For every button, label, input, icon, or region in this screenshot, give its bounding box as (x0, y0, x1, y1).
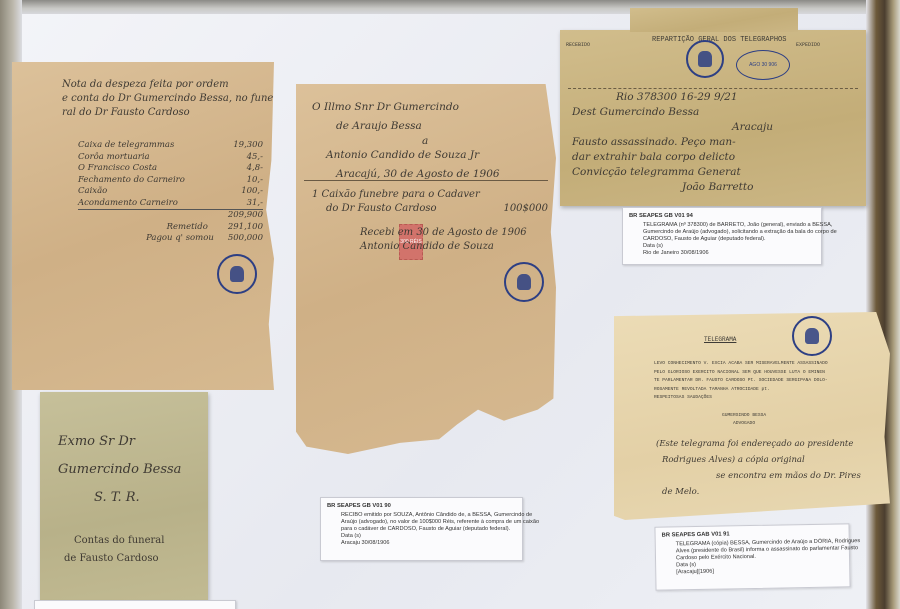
telegram-header-title: REPARTIÇÃO GERAL DOS TELEGRAPHOS (652, 36, 786, 44)
label-line: Gumercindo de Araújo (advogado), solicit… (643, 229, 815, 236)
label-line: Aracaju 30/08/1906 (341, 540, 516, 547)
receipt-signature: Antonio Candido de Souza (360, 240, 527, 254)
label-telegram: BR SEAPES GB V01 94 TELEGRAMA (nº 378300… (622, 207, 822, 265)
receipt-document: O Illmo Snr Dr Gumercindo de Araujo Bess… (296, 84, 556, 454)
telegram-line: Aracaju (572, 120, 773, 135)
official-seal-stamp (504, 262, 544, 302)
handwritten-note-line: de Melo. (656, 484, 861, 500)
label-code: BR SEAPES GB V01 94 (629, 213, 815, 220)
telegram-line: dar extrahir bala corpo delicto (572, 150, 773, 165)
typed-telegram-line: ROSAMENTE REVOLTADA TAMANHA ATROCIDADE p… (654, 386, 828, 395)
expense-remitted: Remetido291,100 (78, 222, 263, 234)
telegram-form-document: RECEBIDO REPARTIÇÃO GERAL DOS TELEGRAPHO… (560, 30, 866, 206)
expense-item: Corôa mortuaria45,- (78, 152, 263, 164)
receipt-item-line: do Dr Fausto Cardoso100$000 (312, 202, 548, 216)
display-case-frame-right (866, 0, 900, 609)
telegram-line: Dest Gumercindo Bessa (572, 105, 773, 120)
telegram-received-label: RECEBIDO (566, 42, 590, 48)
telegram-line: Rio 378300 16-29 9/21 (572, 90, 773, 105)
label-partial-bottom (34, 600, 236, 609)
label-line: Rio de Janeiro 30/08/1906 (643, 250, 815, 257)
envelope-line: S. T. R. (58, 484, 181, 512)
telegram-form-top-tab (630, 8, 798, 32)
expense-note-document: Nota da despeza feita por ordem e conta … (12, 62, 274, 390)
date-postmark: AGO 30 906 (736, 50, 790, 80)
envelope-document: Exmo Sr Dr Gumercindo Bessa S. T. R. Con… (40, 392, 208, 600)
envelope-line: Gumercindo Bessa (58, 456, 181, 484)
expense-item: Caixa de telegrammas19,300 (78, 140, 263, 152)
receipt-line: a (312, 136, 500, 146)
receipt-line: Antonio Candido de Souza Jr (312, 146, 500, 165)
handwritten-note-line: Rodrigues Alves) a cópia original (656, 452, 861, 468)
label-receipt: BR SEAPES GB V01 90 RECIBO emitido por S… (320, 497, 523, 561)
expense-note-header-line: ral do Dr Fausto Cardoso (62, 106, 277, 120)
telegram-divider (568, 88, 858, 89)
telegram-line: Convicção telegramma Generat (572, 165, 773, 180)
receipt-divider (304, 180, 548, 181)
telegraph-office-stamp (686, 40, 724, 78)
expense-item: O Francisco Costa4,8- (78, 163, 263, 175)
typed-telegram-line: LEVO CONHECIMENTO V. EXCIA ACABA SER MIS… (654, 360, 828, 369)
expense-paid: Pagou q' somou500,000 (78, 233, 263, 245)
receipt-item: 1 Caixão funebre para o Cadaver (312, 188, 548, 202)
receipt-line: O Illmo Snr Dr Gumercindo (312, 98, 500, 117)
expense-item: Acondamento Carneiro31,- (78, 198, 263, 211)
label-typed-telegram: BR SEAPES GAB V01 91 TELEGRAMA (cópia) B… (654, 523, 850, 590)
official-seal-stamp (792, 316, 832, 356)
label-line: Data (s) (643, 243, 815, 250)
expense-note-header-line: Nota da despeza feita por ordem (62, 78, 277, 92)
label-line: [Aracaju][1906] (676, 566, 843, 576)
envelope-note-line: Contas do funeral (64, 532, 164, 550)
expense-item: Caixão100,- (78, 186, 263, 198)
handwritten-note-line: se encontra em mãos do Dr. Pires (656, 468, 861, 484)
expense-item: Fechamento do Carneiro10,- (78, 175, 263, 187)
telegram-line: Fausto assassinado. Peço man- (572, 135, 773, 150)
typed-telegram-signature: GUMERSINDO BESSA (722, 412, 766, 420)
envelope-note-line: de Fausto Cardoso (64, 550, 164, 568)
label-line: TELEGRAMA (nº 378300) de BARRETO, João (… (643, 222, 815, 229)
typed-telegram-line: RESPEITOSAS SAUDAÇÕES (654, 394, 828, 403)
label-line: Araújo (advogado), no valor de 100$000 R… (341, 519, 516, 526)
typed-telegram-line: PELO GLORIOSO EXERCITO NACIONAL SEM QUE … (654, 369, 828, 378)
expense-note-header-line: e conta do Dr Gumercindo Bessa, no fune- (62, 92, 277, 106)
typed-telegram-line: TE PARLAMENTAR DR. FAUSTO CARDOSO Pt. SO… (654, 377, 828, 386)
receipt-amount: 100$000 (503, 202, 548, 216)
receipt-line: Aracajú, 30 de Agosto de 1906 (312, 165, 500, 184)
label-line: RECIBO emitido por SOUZA, Antônio Cândid… (341, 512, 516, 519)
official-seal-stamp (217, 254, 257, 294)
handwritten-note-line: (Este telegrama foi endereçado ao presid… (656, 436, 861, 452)
typed-telegram-title: TELEGRAMA (704, 336, 736, 343)
receipt-line: de Araujo Bessa (312, 117, 500, 136)
expense-total: 209,900 (78, 210, 263, 222)
label-line: CARDOSO, Fausto de Aguiar (deputado fede… (643, 236, 815, 243)
envelope-line: Exmo Sr Dr (58, 428, 181, 456)
label-line: para o cadáver de CARDOSO, Fausto de Agu… (341, 526, 516, 533)
label-code: BR SEAPES GB V01 90 (327, 503, 516, 510)
typed-telegram-document: TELEGRAMA LEVO CONHECIMENTO V. EXCIA ACA… (614, 312, 890, 520)
label-line: Data (s) (341, 533, 516, 540)
receipt-received: Recebi em 30 de Agosto de 1906 (360, 226, 527, 240)
telegram-dispatched-label: EXPEDIDO (796, 42, 820, 48)
typed-telegram-signature-title: ADVOGADO (722, 420, 766, 428)
telegram-signature: João Barretto (572, 180, 773, 195)
